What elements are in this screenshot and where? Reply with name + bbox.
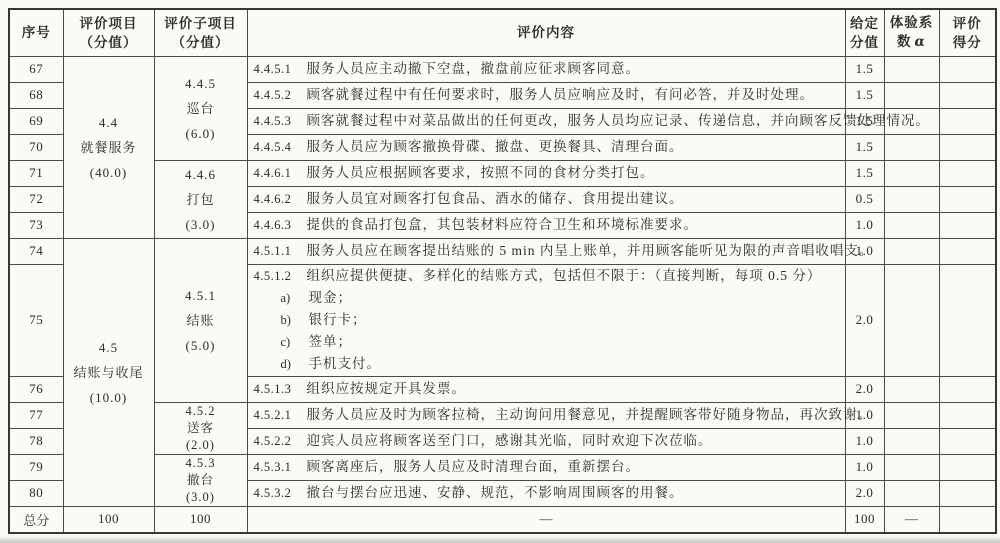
clause-number: 4.5.1.3 [254,381,307,398]
given-score-cell: 0.5 [845,186,884,212]
seq-cell: 74 [9,238,63,264]
subitem-code: 4.4.5 [155,71,247,96]
clause-number: 4.5.2.2 [254,433,307,450]
given-score-cell: 1.5 [845,82,884,108]
col-header-subitem: 评价子项目 （分值） [154,9,247,56]
given-score-cell: 1.5 [845,160,884,186]
clause-text: 顾客就餐过程中对菜品做出的任何更改，服务人员均应记录、传递信息，并向顾客反馈处理… [307,112,931,129]
clause-number: 4.4.5.1 [254,61,307,78]
seq-cell: 72 [9,186,63,212]
table-row: 67 4.4 就餐服务 (40.0) 4.4.5 巡台 (6.0) 4.4.5.… [9,56,996,82]
subitem-cell: 4.5.2 送客 (2.0) [154,402,247,454]
header-line: （分值） [64,33,154,52]
content-cell: 4.5.1.2组织应提供便捷、多样化的结账方式，包括但不限于：（直接判断，每项 … [247,264,845,376]
total-result-cell [939,506,996,533]
option-key: b) [281,310,309,331]
option-label: 银行卡； [309,309,367,330]
clause-text: 服务人员应在顾客提出结账的 5 min 内呈上账单，并用顾客能听见为限的声音唱收… [307,242,874,259]
col-header-seq: 序号 [9,9,63,56]
clause-text: 服务人员应根据顾客要求，按照不同的食材分类打包。 [307,164,655,181]
content-cell: 4.4.5.1服务人员应主动撤下空盘，撤盘前应征求顾客同意。 [247,56,845,82]
coef-cell [884,212,939,238]
coef-cell [884,454,939,480]
seq-cell: 68 [9,82,63,108]
option-label: 现金； [309,287,353,308]
header-line: 序号 [10,23,63,42]
seq-cell: 75 [9,264,63,376]
result-cell [939,480,996,506]
subitem-score: (3.0) [155,212,247,237]
subitem-name: 巡台 [155,96,247,121]
clause-text: 服务人员应主动撤下空盘，撤盘前应征求顾客同意。 [307,60,641,77]
content-cell: 4.5.3.1顾客离座后，服务人员应及时清理台面，重新摆台。 [247,454,845,480]
header-line: （分值） [155,33,247,52]
total-coef-dash: — [884,506,939,533]
clause-text: 组织应提供便捷、多样化的结账方式，包括但不限于：（直接判断，每项 0.5 分） [307,265,822,286]
result-cell [939,160,996,186]
content-cell: 4.4.6.3提供的食品打包盒，其包装材料应符合卫生和环境标准要求。 [247,212,845,238]
seq-cell: 78 [9,428,63,454]
coef-cell [884,56,939,82]
clause-text: 提供的食品打包盒，其包装材料应符合卫生和环境标准要求。 [307,216,699,233]
coef-cell [884,264,939,376]
coef-cell [884,82,939,108]
clause-number: 4.5.2.1 [254,407,307,424]
col-header-item: 评价项目 （分值） [63,9,154,56]
seq-cell: 71 [9,160,63,186]
header-line: 评价 [940,14,996,33]
option-key: d) [281,354,309,375]
total-subitem-score: 100 [154,506,247,533]
subitem-score: (3.0) [155,489,247,506]
subitem-score: (2.0) [155,437,247,454]
clause-number: 4.5.1.1 [254,243,307,260]
category-name: 就餐服务 [64,135,154,160]
result-cell [939,376,996,402]
seq-cell: 76 [9,376,63,402]
coef-cell [884,134,939,160]
header-line: 给定 [846,14,884,33]
seq-cell: 70 [9,134,63,160]
subitem-name: 结账 [155,308,247,333]
seq-cell: 69 [9,108,63,134]
given-score-cell: 2.0 [845,376,884,402]
option-key: a) [281,288,309,309]
result-cell [939,238,996,264]
result-cell [939,56,996,82]
header-line: 体验系 [885,13,939,32]
alpha-symbol: α [915,34,926,50]
subitem-cell: 4.4.5 巡台 (6.0) [154,56,247,160]
coef-cell [884,402,939,428]
given-score-cell: 1.0 [845,212,884,238]
result-cell [939,108,996,134]
category-cell: 4.4 就餐服务 (40.0) [63,56,154,238]
category-code: 4.5 [64,335,154,360]
result-cell [939,82,996,108]
header-line: 评价内容 [248,23,845,42]
header-line: 评价子项目 [155,14,247,33]
clause-number: 4.4.5.4 [254,139,307,156]
clause-text: 顾客离座后，服务人员应及时清理台面，重新摆台。 [307,458,641,475]
content-cell: 4.5.2.2迎宾人员应将顾客送至门口，感谢其光临，同时欢迎下次莅临。 [247,428,845,454]
subitem-code: 4.5.1 [155,283,247,308]
col-header-experience-coefficient: 体验系 数α [884,9,939,56]
clause-text: 组织应按规定开具发票。 [307,380,467,397]
category-score: (10.0) [64,385,154,410]
content-cell: 4.5.1.1服务人员应在顾客提出结账的 5 min 内呈上账单，并用顾客能听见… [247,238,845,264]
subitem-cell: 4.5.1 结账 (5.0) [154,238,247,402]
option-key: c) [281,332,309,353]
table-row: 74 4.5 结账与收尾 (10.0) 4.5.1 结账 (5.0) 4.5.1… [9,238,996,264]
coef-cell [884,160,939,186]
table-row: 71 4.4.6 打包 (3.0) 4.4.6.1服务人员应根据顾客要求，按照不… [9,160,996,186]
header-line: 评价项目 [64,14,154,33]
header-line: 得分 [940,33,996,52]
content-cell: 4.5.2.1服务人员应及时为顾客拉椅，主动询问用餐意见，并提醒顾客带好随身物品… [247,402,845,428]
col-header-given-score: 给定 分值 [845,9,884,56]
option-label: 手机支付。 [309,353,382,374]
given-score-cell: 1.5 [845,56,884,82]
clause-number: 4.4.6.1 [254,165,307,182]
coef-cell [884,238,939,264]
coef-cell [884,428,939,454]
result-cell [939,264,996,376]
content-cell: 4.4.6.2服务人员宜对顾客打包食品、酒水的储存、食用提出建议。 [247,186,845,212]
subitem-score: (5.0) [155,333,247,358]
clause-number: 4.5.3.1 [254,459,307,476]
subitem-name: 撤台 [155,472,247,489]
col-header-content: 评价内容 [247,9,845,56]
table-row: 79 4.5.3 撤台 (3.0) 4.5.3.1顾客离座后，服务人员应及时清理… [9,454,996,480]
clause-text: 撤台与摆台应迅速、安静、规范，不影响周围顾客的用餐。 [307,484,684,501]
result-cell [939,428,996,454]
subitem-name: 打包 [155,187,247,212]
total-content-dash: — [247,506,845,533]
seq-cell: 79 [9,454,63,480]
col-header-result-score: 评价 得分 [939,9,996,56]
total-label: 总分 [9,506,63,533]
category-cell: 4.5 结账与收尾 (10.0) [63,238,154,506]
table-row: 77 4.5.2 送客 (2.0) 4.5.2.1服务人员应及时为顾客拉椅，主动… [9,402,996,428]
header-line: 数α [885,32,939,52]
clause-text: 迎宾人员应将顾客送至门口，感谢其光临，同时欢迎下次莅临。 [307,432,713,449]
given-score-cell: 1.5 [845,134,884,160]
subitem-score: (6.0) [155,121,247,146]
subitem-cell: 4.5.3 撤台 (3.0) [154,454,247,506]
category-name: 结账与收尾 [64,360,154,385]
result-cell [939,212,996,238]
coef-cell [884,376,939,402]
clause-text: 服务人员宜对顾客打包食品、酒水的储存、食用提出建议。 [307,190,684,207]
clause-number: 4.4.5.2 [254,87,307,104]
subitem-code: 4.5.3 [155,455,247,472]
content-cell: 4.4.6.1服务人员应根据顾客要求，按照不同的食材分类打包。 [247,160,845,186]
seq-cell: 67 [9,56,63,82]
total-item-score: 100 [63,506,154,533]
result-cell [939,402,996,428]
coef-cell [884,480,939,506]
evaluation-table: 序号 评价项目 （分值） 评价子项目 （分值） 评价内容 给定 分值 体验系 数… [8,8,997,534]
content-cell: 4.4.5.4服务人员应为顾客撤换骨碟、撤盘、更换餐具、清理台面。 [247,134,845,160]
option-label: 签单； [309,331,353,352]
header-line: 分值 [846,33,884,52]
coef-cell [884,186,939,212]
subitem-code: 4.5.2 [155,403,247,420]
given-score-cell: 1.0 [845,454,884,480]
clause-number: 4.4.6.2 [254,191,307,208]
seq-cell: 80 [9,480,63,506]
total-row: 总分 100 100 — 100 — [9,506,996,533]
result-cell [939,454,996,480]
clause-number: 4.5.3.2 [254,485,307,502]
result-cell [939,134,996,160]
clause-number: 4.5.1.2 [254,266,307,287]
category-score: (40.0) [64,160,154,185]
header-coef-text: 数 [897,34,912,49]
scan-edge-shadow [0,536,1000,543]
content-cell: 4.5.1.3组织应按规定开具发票。 [247,376,845,402]
result-cell [939,186,996,212]
subitem-name: 送客 [155,420,247,437]
clause-number: 4.4.5.3 [254,113,307,130]
clause-text: 服务人员应及时为顾客拉椅，主动询问用餐意见，并提醒顾客带好随身物品，再次致谢。 [307,406,873,423]
content-cell: 4.4.5.3顾客就餐过程中对菜品做出的任何更改，服务人员均应记录、传递信息，并… [247,108,845,134]
category-code: 4.4 [64,110,154,135]
header-row: 序号 评价项目 （分值） 评价子项目 （分值） 评价内容 给定 分值 体验系 数… [9,9,996,56]
given-score-cell: 1.0 [845,428,884,454]
total-given-score: 100 [845,506,884,533]
seq-cell: 73 [9,212,63,238]
content-cell: 4.4.5.2顾客就餐过程中有任何要求时，服务人员应响应及时，有问必答，并及时处… [247,82,845,108]
clause-text: 顾客就餐过程中有任何要求时，服务人员应响应及时，有问必答，并及时处理。 [307,86,815,103]
subitem-cell: 4.4.6 打包 (3.0) [154,160,247,238]
given-score-cell: 2.0 [845,264,884,376]
content-cell: 4.5.3.2撤台与摆台应迅速、安静、规范，不影响周围顾客的用餐。 [247,480,845,506]
clause-text: 服务人员应为顾客撤换骨碟、撤盘、更换餐具、清理台面。 [307,138,684,155]
subitem-code: 4.4.6 [155,162,247,187]
clause-number: 4.4.6.3 [254,217,307,234]
given-score-cell: 2.0 [845,480,884,506]
scanned-table-page: 序号 评价项目 （分值） 评价子项目 （分值） 评价内容 给定 分值 体验系 数… [8,8,997,534]
seq-cell: 77 [9,402,63,428]
